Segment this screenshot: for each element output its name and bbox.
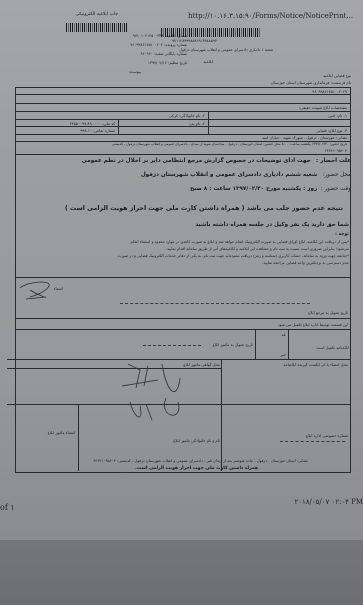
meta-archive-number: شماره بایگانی شعبه: ۹۶۰۹۶۰ <box>87 51 187 56</box>
delivery-section-title: این قسمت توسط اداره ابلاغ تکمیل می شود <box>278 322 348 327</box>
footer-id-note: همراه داشتن کارت ملی جهت احراز هویت الزا… <box>135 466 258 471</box>
officer-signature <box>118 358 198 438</box>
court-branch: شعبه ۶ دادیاری دادسرای عمومی و انقلاب شه… <box>179 47 273 52</box>
recipient-first-name: ۱- نام: امین <box>328 113 347 118</box>
issuer-signature <box>16 280 56 302</box>
officer-delivery-date-label: تاریخ تحویل به مامور ابلاغ <box>212 342 253 347</box>
office-number-label: شماره خصوصی اداره ابلاغ <box>306 433 348 438</box>
recipient-address: نشانی: خوزستان - دزفول - شهرک شهید - خیا… <box>262 135 347 140</box>
note-line-2: می‌شود؛ بنابراین ضروری است نسبت به ثبت ن… <box>166 246 349 251</box>
recipient-line-2: نام فرستنده: فرمانداری شهرستان استان خوز… <box>271 80 351 85</box>
reason-row: علت احضار : جهت ادای توضیحات در خصوص گزا… <box>82 158 351 164</box>
notice-kind: ۳- نوع ابلاغ: قضایی <box>316 128 347 133</box>
printed-notice-page: چاپ ابلاغیه الکترونیکی http://۱۰.۱۶.۳.۱۵… <box>0 0 363 540</box>
recipient-phone: شماره تماس: ۱۰-۹۹۹ <box>80 128 115 133</box>
officer-signature-label: امضاء مامور ابلاغ <box>48 430 75 435</box>
yes-option[interactable]: بله <box>282 332 286 337</box>
consequence-note: نتیجه عدم حضور جلب می باشد ( همراه داشتن… <box>65 205 343 212</box>
meta-notice-number: شماره ابلاغیه: ۹۷۱۰۱۰۶۱۴۵۰۰۳۳۹ <box>87 33 187 38</box>
note-line-3: *چنانچه جهت ورود به سامانه، حساب کاربری … <box>118 253 349 258</box>
recipient-line-1: نوع قضایی ابلاغیه <box>323 73 351 78</box>
lawyer-note: شما حق دارید یک نفر وکیل در جلسه همراه د… <box>195 222 349 228</box>
delivery-date-label: تاریخ تحویل به مرجع ابلاغ <box>308 310 348 315</box>
meta-case-number: شماره پرونده: ۹۶۰۹۹۸۶۱۴۵۱۰۰۲۰۲ <box>87 42 187 47</box>
attachment-label: پیوست: <box>129 69 141 74</box>
no-option[interactable]: خیر <box>280 352 286 357</box>
barcode-left <box>66 23 128 32</box>
footer-address: نشانی: استان خوزستان - دزفول - جاده شوشت… <box>93 458 308 463</box>
form-complete-label: ابلاغنامه تکمیل است <box>317 345 349 350</box>
note-line-4: عدم دسترسی به نزدیکترین واحد قضایی مراجع… <box>262 260 349 265</box>
time-row: وقت حضور : روز : یکشنبه مورخ ۱۳۹۷/۰۲/۳۰ … <box>190 186 351 192</box>
note-line-1: *پس از دریافت این ابلاغیه، ابلاغ اوراق ق… <box>130 239 349 244</box>
place-row: محل حضور: شعبه ششم دادیاری دادسرای عمومی… <box>141 172 351 178</box>
note-title: توجه : <box>335 232 349 237</box>
print-title: چاپ ابلاغیه الکترونیکی <box>75 12 118 17</box>
recipient-last-name: ۲- نام خانوادگی: کرکی <box>169 113 205 118</box>
page-indicator: of ۱ <box>0 503 15 512</box>
officer-name-label: نام و نام خانوادگی مامور ابلاغ <box>173 438 220 443</box>
print-timestamp: ۲۰۱۸/۰۵/۰۷ ۰۲:۰۴ PM <box>294 498 363 506</box>
recipient-section-title: مشخصات ابلاغ شونده حقیقی: <box>299 105 347 110</box>
reason-value: جهت ادای توضیحات در خصوص گزارش مرجع انتظ… <box>82 158 311 164</box>
time-value: روز : یکشنبه مورخ ۱۳۹۷/۰۲/۳۰ ساعت : ۸ صب… <box>190 186 317 192</box>
notice-type: ابلاغیه <box>203 59 213 64</box>
place-value: شعبه ششم دادیاری دادسرای عمومی و انقلاب … <box>141 172 317 178</box>
appointment-line: تاریخ حضور: ۱۳۹۷/۰۲/۳۰ یکشنبه ساعت: ۸:۰۰… <box>112 142 347 146</box>
page-url: http://۱۰.۱۶.۳.۱۵:۹۰/Forms/Notice/Notice… <box>188 12 353 20</box>
postal-code: ۶۴۶۴۱۰۹۵۶۰۴ <box>325 148 347 153</box>
meta-issue-date: تاریخ تنظیم: ۱۳۹۷/۰۲/۱۶ <box>87 60 187 65</box>
signature-place-label: محل امضاء یا اثر انگشت گیرنده ابلاغنامه <box>284 362 349 367</box>
tracking-number: ۹۶۰۹۹۸۶۱۴۵۱۰۰۲۰۲۹ <box>312 89 347 94</box>
